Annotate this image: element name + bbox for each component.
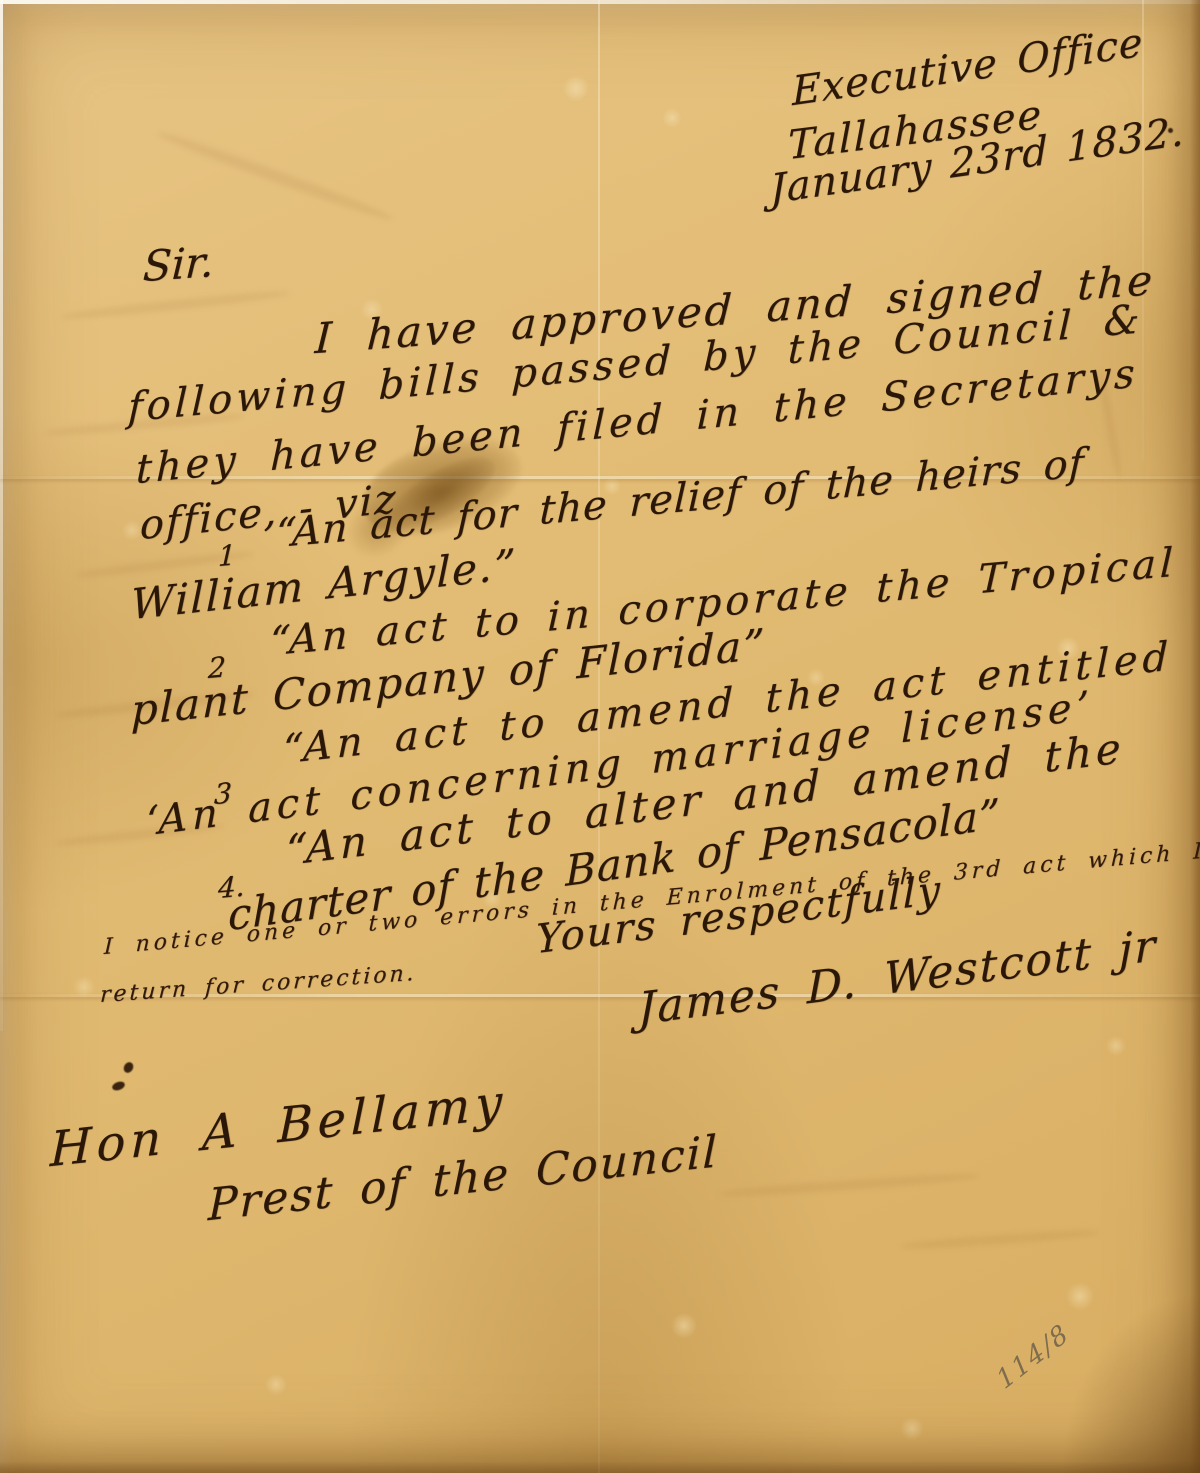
ink-spatter	[111, 1080, 126, 1092]
salutation: Sir.	[142, 239, 215, 290]
scan-edge-top	[0, 0, 1200, 4]
bleed-through-mark	[155, 128, 394, 225]
note-line-2: return for correction.	[99, 962, 417, 1008]
ink-spatter	[122, 1060, 135, 1074]
bleed-through-mark	[60, 288, 290, 322]
paper-edge-bottom-shadow	[0, 1461, 1200, 1473]
letter-page: Executive Office Tallahassee January 23r…	[0, 0, 1200, 1473]
paper-corner-shadow	[1060, 1293, 1200, 1473]
paper-edge-right-shadow	[1190, 0, 1200, 1473]
bleed-through-mark	[900, 1228, 1100, 1251]
bleed-through-mark	[720, 1171, 980, 1199]
fold-crease-vertical-right	[1142, 0, 1144, 460]
scan-edge-left	[0, 0, 3, 1031]
pencil-folio-number: 114/8	[992, 1318, 1075, 1396]
